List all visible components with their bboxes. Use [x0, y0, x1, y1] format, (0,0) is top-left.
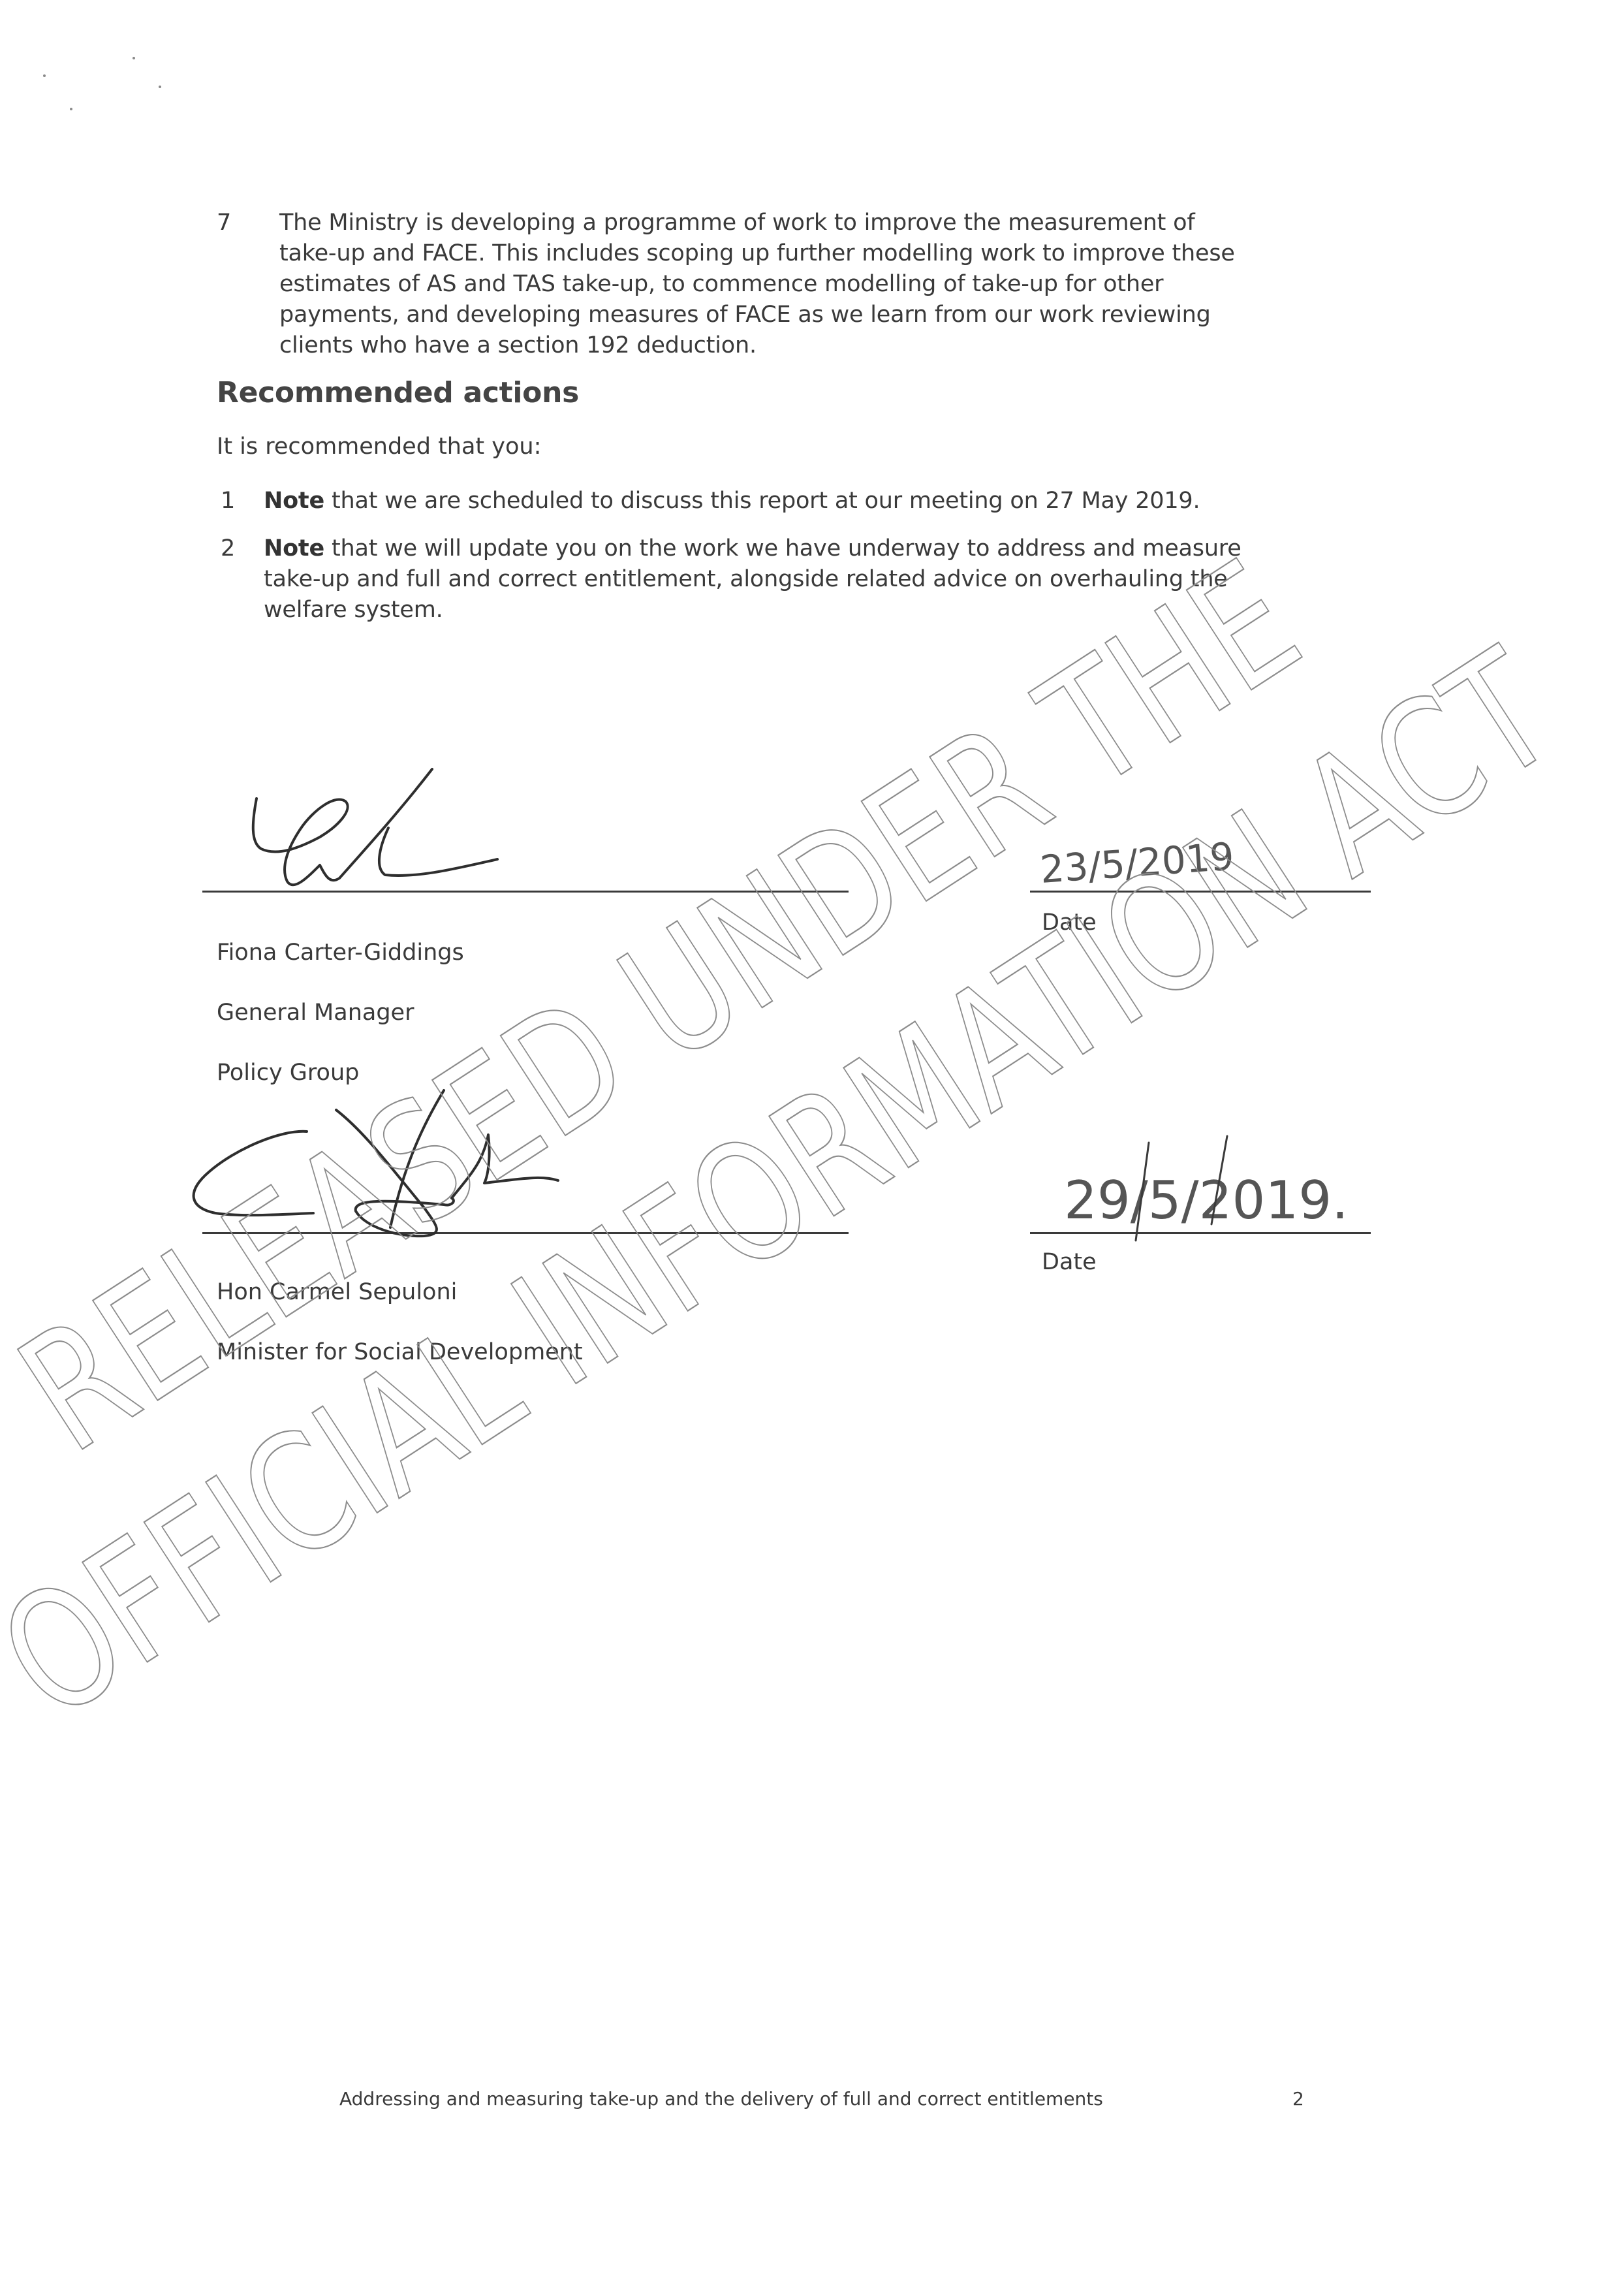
signatory-block: Hon Carmel Sepuloni Minister for Social … [217, 1247, 583, 1397]
signature-fiona-carter-giddings [253, 769, 497, 885]
scan-speck [70, 108, 72, 110]
signatory-title: Minister for Social Development [217, 1337, 583, 1367]
signatory-name: Hon Carmel Sepuloni [217, 1277, 583, 1307]
scan-speck [133, 57, 135, 59]
date-line [1030, 891, 1371, 893]
recommendation-intro: It is recommended that you: [217, 434, 541, 460]
page-number: 2 [1292, 2088, 1304, 2110]
recommendation-keyword: Note [264, 488, 324, 514]
watermark: RELEASED UNDER THE OFFICIAL INFORMATION … [0, 526, 1585, 1756]
recommendation-body: that we are scheduled to discuss this re… [324, 488, 1200, 514]
signatory-group: Policy Group [217, 1058, 464, 1088]
svg-text:29/5/2019.: 29/5/2019. [1064, 1170, 1349, 1231]
footer-title: Addressing and measuring take-up and the… [339, 2088, 1103, 2110]
section-heading: Recommended actions [217, 376, 579, 409]
document-page: 7 The Ministry is developing a programme… [0, 0, 1624, 2295]
handwritten-date: 23/5/2019 [1038, 834, 1235, 892]
watermark-line-1: RELEASED UNDER THE [0, 526, 1330, 1489]
recommendation-body: that we will update you on the work we h… [264, 535, 1241, 623]
scan-speck [43, 74, 46, 77]
date-label: Date [1042, 908, 1097, 938]
watermark-line-2: OFFICIAL INFORMATION ACT [0, 615, 1585, 1756]
handwritten-date: 29/5/2019. [1064, 1136, 1349, 1241]
date-line [1030, 1232, 1371, 1234]
recommendation-text: Note that we are scheduled to discuss th… [264, 486, 1200, 516]
signatory-title: General Manager [217, 998, 464, 1028]
signatory-block: Fiona Carter-Giddings General Manager Po… [217, 908, 464, 1118]
recommendation-number: 2 [221, 533, 235, 564]
signature-line [202, 891, 849, 893]
date-label: Date [1042, 1247, 1097, 1277]
signatory-name: Fiona Carter-Giddings [217, 938, 464, 968]
recommendation-keyword: Note [264, 535, 324, 562]
recommendation-text: Note that we will update you on the work… [264, 533, 1241, 625]
paragraph-number: 7 [217, 208, 231, 238]
scan-speck [159, 86, 161, 88]
recommendation-number: 1 [221, 486, 235, 516]
signature-line [202, 1232, 849, 1234]
paragraph-text: The Ministry is developing a programme o… [279, 208, 1235, 361]
